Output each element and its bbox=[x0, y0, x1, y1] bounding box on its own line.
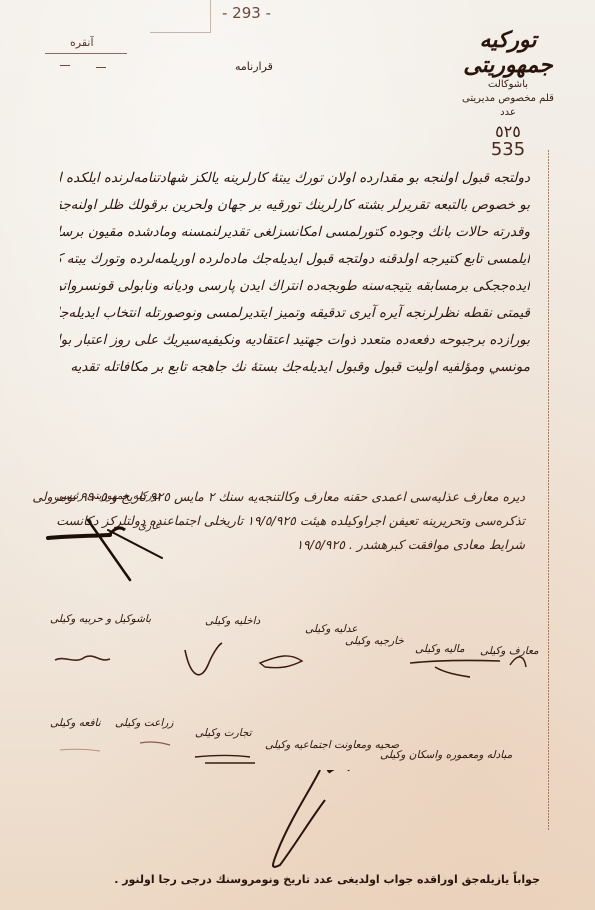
body-line: دولتجه قبول اولنجه بو مقدارده اولان تورك… bbox=[60, 165, 530, 192]
document-number-latin: 535 bbox=[433, 139, 583, 160]
page-number: - 293 - bbox=[222, 4, 271, 22]
president-signature bbox=[30, 500, 170, 610]
footer-note: جواباً يازيله‌جق اوراقده جواب اولديغی عد… bbox=[114, 873, 540, 886]
ministers-signatures bbox=[40, 605, 540, 695]
stamp-box bbox=[150, 0, 211, 33]
letterhead-line: عدد bbox=[433, 106, 583, 120]
body-line: ايلمسی تابع كتيرجه اولدقنه دولتجه قبول ا… bbox=[60, 246, 530, 273]
city-underline bbox=[45, 53, 127, 54]
ministers-row-1: باشوكيل و حربيه وكيلی داخليه وكيلی عدليه… bbox=[40, 605, 540, 695]
document-title: قرارنامه bbox=[235, 60, 273, 73]
body-line: وقدرته حالات بانك وجوده كتورلمسی امكانسز… bbox=[60, 219, 530, 246]
body-line: قيمتی نقطه نظرلرنجه آيره آيری تدقيقه وتم… bbox=[60, 300, 530, 327]
decree-body: دولتجه قبول اولنجه بو مقدارده اولان تورك… bbox=[60, 165, 530, 381]
margin-rule bbox=[548, 150, 549, 830]
letterhead-line: قلم مخصوص مديريتی bbox=[433, 92, 583, 106]
city-dash bbox=[96, 67, 106, 68]
letterhead-title: توركيه جمهوريتی bbox=[433, 28, 583, 78]
letterhead: توركيه جمهوريتی باشوكالت قلم مخصوص مديري… bbox=[433, 28, 583, 160]
body-line: بورازده برجبوحه دفعه‌ده متعدد ذوات جهتيد… bbox=[60, 327, 530, 354]
letterhead-line: باشوكالت bbox=[433, 78, 583, 92]
body-line: بو خصوص بالتبعه تقريرلر بشته كارلرينك تو… bbox=[60, 192, 530, 219]
city-label: آنقره bbox=[70, 36, 94, 49]
city-dash bbox=[60, 65, 70, 66]
body-line: ايده‌ججكی برمسابقه يتيجه‌سنه طوبجه‌ده ان… bbox=[60, 273, 530, 300]
body-line: مونسي ومؤلفيه اوليت قبول وقبول ايديله‌جك… bbox=[60, 354, 530, 381]
bottom-signature bbox=[250, 770, 370, 880]
